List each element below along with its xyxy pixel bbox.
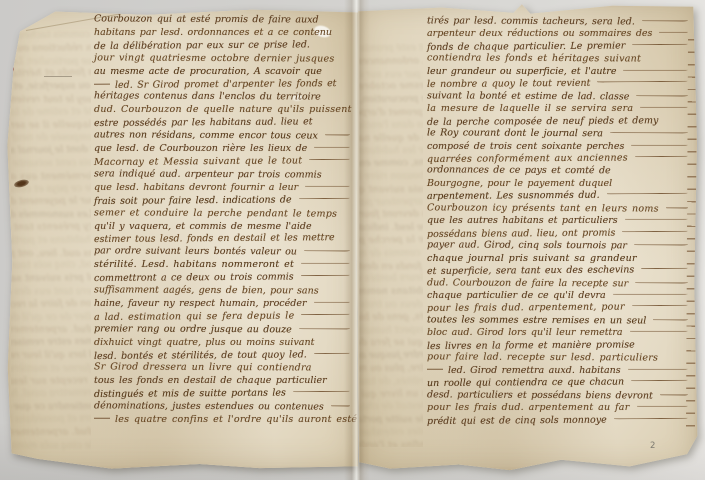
handwritten-text: bloc aud. Girod lors qu'il leur remettra (11, 348, 91, 363)
ink-blot (13, 178, 29, 188)
line-filler-dash (635, 156, 688, 157)
handwritten-text: la mesure de laquelle il se servira sera (427, 103, 633, 115)
handwritten-text: de la délibération par eux sur ce prise … (94, 39, 310, 54)
handwritten-text: pour les frais dud. arpentement au far (427, 402, 630, 414)
handwritten-text: pour faire lad. recepte sur lesd. partic… (427, 352, 658, 366)
handwritten-line: arpenteur deux réductions ou sommaires d… (11, 41, 91, 57)
handwritten-line: la mesure de laquelle il se servira sera (11, 118, 91, 134)
red-ink-dot (10, 66, 14, 72)
handwritten-line: dixhuict vingt quatre, plus ou moins sui… (94, 337, 351, 350)
handwritten-line: la mesure de laquelle il se servira sera (427, 103, 689, 115)
handwritten-line: Courbouzon icy présents tant en leurs no… (11, 220, 91, 238)
handwritten-line: que lesd. habitans devront fournir a leu… (94, 182, 351, 195)
handwritten-line: le Roy courant dont le journal sera (11, 143, 91, 161)
handwritten-text: un roolle qui contiendra ce que chacun (11, 401, 91, 414)
line-filler-dash (293, 391, 350, 392)
line-filler-dash (631, 380, 688, 381)
handwritten-text: de la perche composée de neuf pieds et d… (427, 115, 658, 129)
handwritten-line: prédit qui est de cinq sols monnoye (427, 413, 689, 428)
handwritten-line: led. Girod remettra auxd. habitans (11, 387, 91, 403)
line-filler-dash (666, 207, 688, 208)
handwritten-text: dénominations, justes estendues ou conte… (94, 401, 324, 415)
line-filler-dash (301, 275, 350, 276)
handwritten-text: leur grandeur ou superficie, et l'autre (427, 66, 616, 78)
handwritten-text: Macornay et Messia suivant que le tout (94, 155, 302, 170)
handwritten-line: toutes les sommes estre remises en un se… (427, 314, 689, 328)
handwritten-line: prédit qui est de cinq sols monnoye (11, 439, 91, 452)
handwritten-text: semer et conduire la perche pendant le t… (94, 207, 337, 221)
line-filler-dash (660, 394, 688, 395)
handwritten-text: led. Girod remettra auxd. habitans (448, 365, 621, 377)
handwritten-line: Courbouzon qui at esté promis de faire a… (94, 13, 351, 27)
handwritten-text: tirés par lesd. commis tacheurs, sera le… (427, 15, 635, 29)
line-filler-dash (607, 193, 688, 195)
handwritten-line: premier rang ou ordre jusque au douze (94, 323, 351, 337)
handwritten-line: desd. particuliers et possédans biens de… (427, 389, 689, 403)
handwritten-text: dud. Courbouzon de quelle nature qu'ils … (94, 104, 352, 117)
handwritten-line: commettront a ce deux ou trois commis (94, 271, 351, 286)
handwritten-line: le Roy courant dont le journal sera (427, 127, 689, 141)
handwritten-text: desd. particuliers et possédans biens de… (11, 412, 91, 428)
handwritten-text: le nombre a quoy le tout revient (11, 94, 91, 107)
left-page-text: Courbouzon qui at esté promis de faire a… (94, 14, 351, 427)
handwritten-line: chaque particulier de ce qu'il devra (11, 310, 91, 326)
handwritten-line: chaque particulier de ce qu'il devra (427, 290, 689, 302)
handwritten-line: un roolle qui contiendra ce que chacun (11, 401, 91, 415)
handwritten-text: leur grandeur ou superficie, et l'autre (11, 80, 91, 95)
handwritten-text: pour faire lad. recepte sur lesd. partic… (11, 373, 91, 389)
line-filler-dash (630, 331, 688, 332)
handwritten-line: de la perche composée de neuf pieds et d… (427, 115, 689, 130)
handwritten-text: les livres en la forme et manière promis… (11, 362, 91, 375)
handwritten-line: jour vingt quatriesme octobre dernier ju… (94, 52, 351, 66)
handwritten-text: arpenteur deux réductions ou sommaires d… (11, 41, 91, 56)
handwritten-text: prédit qui est de cinq sols monnoye (11, 439, 91, 452)
handwritten-line: tirés par lesd. commis tacheurs, sera le… (427, 15, 689, 29)
handwritten-text: quarrées conformément aux anciennes (11, 170, 91, 183)
line-filler-dash (653, 319, 688, 320)
handwritten-line: led. Girod remettra auxd. habitans (427, 365, 689, 377)
handwritten-text: estimer tous lesd. fonds en destail et l… (94, 233, 335, 248)
handwritten-text: quarrées conformément aux anciennes (427, 152, 628, 166)
manuscript-right-page: Courbouzon qui at esté promis de faire a… (356, 3, 698, 471)
manuscript-scan: { "colors": { "ink": "#5c3d1f", "paper":… (0, 0, 705, 480)
paper-stain (292, 94, 302, 101)
handwritten-text: au mesme acte de procuration, A scavoir … (94, 66, 322, 79)
handwritten-line: haine, faveur ny respect humain, procéde… (94, 298, 351, 311)
handwritten-text: pour les frais dud. arpentement, pour (427, 302, 625, 316)
line-filler-dash (635, 282, 688, 283)
handwritten-text: possédans biens aud. lieu, ont promis (11, 247, 91, 260)
handwritten-text: payer aud. Girod, cinq sols tournois par (427, 239, 627, 252)
handwritten-line: Bourgogne, pour le payement duquel (11, 195, 91, 211)
line-filler-dash (614, 417, 688, 419)
handwritten-text: prédit qui est de cinq sols monnoye (427, 414, 607, 428)
bleedthrough-text-left: tirés par lesd. commis tacheurs, sera le… (11, 30, 91, 452)
handwritten-line: payer aud. Girod, cinq sols tournois par (11, 258, 91, 276)
handwritten-line: le nombre a quoy le tout revient (427, 77, 689, 92)
handwritten-line: dénominations, justes estendues ou conte… (94, 401, 351, 415)
handwritten-line: suivant la bonté et estime de lad. class… (427, 90, 689, 104)
handwritten-line: autres non résidans, comme encor tous ce… (94, 129, 351, 143)
handwritten-line: et superficie, sera tant eux des eschevi… (11, 286, 91, 300)
line-filler-dash (613, 294, 688, 295)
handwritten-text: tous les fonds en destail de chaque part… (94, 375, 327, 388)
handwritten-line: Sr Girod dressera un livre qui contiendr… (94, 362, 351, 376)
handwritten-text: chaque particulier de ce qu'il devra (427, 290, 606, 302)
handwritten-line: que lesd. de Courbouzon rière les lieux … (94, 143, 351, 156)
handwritten-text: payer aud. Girod, cinq sols tournois par (11, 258, 91, 274)
line-filler-dash (299, 197, 350, 198)
handwritten-text: et superficie, sera tant eux des eschevi… (11, 286, 91, 299)
handwritten-line: suffisamment aagés, gens de bien, pour s… (94, 284, 351, 298)
handwritten-text: un roolle qui contiendra ce que chacun (427, 377, 624, 391)
handwritten-line: de la délibération par eux sur ce prise … (94, 39, 351, 54)
handwritten-line: toutes les sommes estre remises en un se… (11, 335, 91, 353)
handwritten-text: dixhuict vingt quatre, plus ou moins sui… (94, 337, 314, 350)
handwritten-line: led. Sr Girod promet d'arpenter les fond… (94, 78, 351, 93)
handwritten-text: ordonnances de ce pays et comté de (427, 165, 611, 178)
handwritten-text: habitans par lesd. ordonnances et a ce c… (94, 27, 332, 40)
handwritten-line: le nombre a quoy le tout revient (11, 94, 91, 108)
handwritten-line: ordonnances de ce pays et comté de (11, 181, 91, 199)
handwritten-text: arpenteur deux réductions ou sommaires d… (427, 28, 652, 40)
handwritten-line: pour faire lad. recepte sur lesd. partic… (11, 373, 91, 391)
handwritten-text: dud. Courbouzon de faire la recepte sur (427, 277, 628, 291)
handwritten-line: habitans par lesd. ordonnances et a ce c… (94, 27, 351, 40)
center-fold-gutter (344, 0, 370, 480)
handwritten-text: héritages contenus dans l'enclos du terr… (94, 91, 321, 105)
handwritten-line: arpenteur deux réductions ou sommaires d… (427, 28, 689, 40)
line-filler-dash (597, 81, 688, 83)
handwritten-text: de la perche composée de neuf pieds et d… (11, 132, 91, 145)
handwritten-line: dud. Courbouzon de faire la recepte sur (427, 277, 689, 291)
manuscript-left-page: tirés par lesd. commis tacheurs, sera le… (6, 6, 358, 470)
edge-tick-marks (686, 39, 697, 431)
handwritten-text: le nombre a quoy le tout revient (427, 78, 591, 92)
handwritten-line: qu'il y vaquera, et commis de mesme l'ai… (94, 221, 351, 234)
handwritten-text: contiendra les fonds et héritages suivan… (11, 66, 91, 82)
handwritten-text: lesd. bontés et stérilités, de tout quoy… (94, 349, 307, 364)
handwritten-line: Bourgogne, pour le payement duquel (427, 178, 689, 190)
corner-crease (26, 13, 121, 31)
handwritten-text: Courbouzon qui at esté promis de faire a… (94, 13, 319, 27)
line-filler-dash (636, 95, 688, 96)
handwritten-line: contiendra les fonds et héritages suivan… (11, 66, 91, 84)
handwritten-line: possédans biens aud. lieu, ont promis (11, 247, 91, 261)
line-filler-dash (632, 44, 688, 45)
handwritten-text: chaque journal pris suivant sa grandeur (427, 253, 637, 265)
line-filler-dash (610, 132, 688, 133)
handwritten-line: frais soit pour faire lesd. indications … (94, 194, 351, 209)
handwritten-line: Macornay et Messia suivant que le tout (94, 155, 351, 170)
line-filler-dash (623, 70, 688, 71)
handwritten-line: leur grandeur ou superficie, et l'autre (11, 80, 91, 96)
handwritten-line: composé de trois cent soixante perches (427, 141, 689, 153)
handwritten-text: suffisamment aagés, gens de bien, pour s… (94, 284, 319, 298)
line-filler-dash (301, 314, 350, 315)
handwritten-text: chaque particulier de ce qu'il devra (11, 310, 91, 325)
handwritten-text: les quatre confins et l'ordre qu'ils aur… (115, 414, 357, 427)
handwritten-line: dud. Courbouzon de faire la recepte sur (11, 296, 91, 314)
handwritten-line: arpentement. Les susnommés dud. (427, 189, 689, 204)
pencil-mark (44, 76, 72, 77)
handwritten-text: que lesd. de Courbouzon rière les lieux … (94, 143, 307, 156)
handwritten-text: que lesd. habitans devront fournir a leu… (94, 182, 298, 195)
handwritten-text: arpentement. Les susnommés dud. (11, 209, 91, 222)
handwritten-text: estre possédés par les habitans aud. lie… (94, 117, 313, 132)
handwritten-text: fonds de chaque particulier. Le premier (427, 40, 625, 54)
handwritten-line: de la perche composée de neuf pieds et d… (11, 132, 91, 146)
line-filler-dash (301, 263, 350, 264)
handwritten-text: composé de trois cent soixante perches (11, 156, 91, 171)
handwritten-line: pour les frais dud. arpentement, pour (427, 301, 689, 316)
handwritten-line: au mesme acte de procuration, A scavoir … (94, 66, 351, 79)
line-filler-dash (642, 20, 688, 21)
handwritten-text: que les autres habitans et particuliers (11, 233, 91, 248)
handwritten-line: payer aud. Girod, cinq sols tournois par (427, 239, 689, 253)
handwritten-line: arpentement. Les susnommés dud. (11, 209, 91, 223)
handwritten-line: fonds de chaque particulier. Le premier (11, 55, 91, 69)
handwritten-text: chaque journal pris suivant sa grandeur (11, 272, 91, 287)
paper-hole (313, 24, 333, 40)
handwritten-text: les livres en la forme et manière promis… (427, 339, 635, 353)
handwritten-line: que les autres habitans et particuliers (11, 233, 91, 249)
handwritten-line: par ordre suivant leurs bontés valeur ou (94, 246, 351, 260)
handwritten-line: héritages contenus dans l'enclos du terr… (94, 91, 351, 105)
handwritten-text: pour les frais dud. arpentement au far (11, 425, 91, 440)
line-filler-dash (637, 406, 689, 407)
handwritten-text: tirés par lesd. commis tacheurs, sera le… (11, 30, 91, 44)
handwritten-text: frais soit pour faire lesd. indications … (94, 194, 292, 208)
handwritten-text: led. Sr Girod promet d'arpenter les fond… (115, 78, 337, 93)
right-page-text: tirés par lesd. commis tacheurs, sera le… (427, 16, 689, 427)
handwritten-line: quarrées conformément aux anciennes (11, 170, 91, 184)
handwritten-text: jour vingt quatriesme octobre dernier ju… (94, 52, 335, 66)
handwritten-text: dud. Courbouzon de faire la recepte sur (11, 296, 91, 312)
handwritten-text: ordonnances de ce pays et comté de (11, 181, 91, 197)
line-filler-dash (634, 244, 688, 245)
handwritten-line: quarrées conformément aux anciennes (427, 152, 689, 167)
handwritten-text: toutes les sommes estre remises en un se… (427, 314, 646, 328)
line-filler-dash (622, 230, 688, 232)
handwritten-text: distingués et mis de suitte portans les (94, 388, 286, 402)
right-page-shadow-wrap: Courbouzon qui at esté promis de faire a… (356, 3, 698, 471)
handwritten-line: composé de trois cent soixante perches (11, 156, 91, 172)
handwritten-line: dud. Courbouzon de quelle nature qu'ils … (94, 104, 351, 117)
handwritten-text: fonds de chaque particulier. Le premier (11, 55, 91, 68)
handwritten-line: les livres en la forme et manière promis… (11, 362, 91, 376)
handwritten-text: Courbouzon icy présents tant en leurs no… (427, 202, 659, 216)
line-filler-dash (625, 219, 688, 220)
handwritten-line: ordonnances de ce pays et comté de (427, 165, 689, 179)
handwritten-line: tous les fonds en destail de chaque part… (94, 375, 351, 388)
line-filler-dash (641, 268, 688, 269)
handwritten-line: semer et conduire la perche pendant le t… (94, 207, 351, 221)
handwritten-text: a lad. estimation qui se fera depuis le (94, 310, 295, 324)
handwritten-text: suivant la bonté et estime de lad. class… (11, 104, 91, 120)
handwritten-line: fonds de chaque particulier. Le premier (427, 40, 689, 55)
handwritten-line: et superficie, sera tant eux des eschevi… (427, 264, 689, 279)
handwritten-text: composé de trois cent soixante perches (427, 141, 624, 153)
handwritten-line: stérilité. Lesd. habitans nommeront et (94, 259, 351, 272)
line-lead-dash (94, 418, 110, 419)
handwritten-line: chaque journal pris suivant sa grandeur (427, 253, 689, 265)
handwritten-line: possédans biens aud. lieu, ont promis (427, 227, 689, 242)
handwritten-text: suivant la bonté et estime de lad. class… (427, 90, 629, 104)
handwritten-text: Sr Girod dressera un livre qui contiendr… (94, 362, 312, 376)
handwritten-line: distingués et mis de suitte portans les (94, 387, 351, 402)
handwritten-text: premier rang ou ordre jusque au douze (94, 323, 292, 337)
handwritten-text: arpentement. Les susnommés dud. (427, 190, 600, 204)
handwritten-line: pour faire lad. recepte sur lesd. partic… (427, 352, 689, 366)
handwritten-text: desd. particuliers et possédans biens de… (427, 389, 653, 403)
handwritten-line: estimer tous lesd. fonds en destail et l… (94, 232, 351, 247)
handwritten-line: pour les frais dud. arpentement au far (427, 402, 689, 414)
handwritten-text: par ordre suivant leurs bontés valeur ou (94, 246, 297, 260)
handwritten-line: desd. particuliers et possédans biens de… (11, 412, 91, 430)
handwritten-line: bloc aud. Girod lors qu'il leur remettra (11, 348, 91, 364)
handwritten-line: lesd. bontés et stérilités, de tout quoy… (94, 349, 351, 364)
handwritten-line: suivant la bonté et estime de lad. class… (11, 104, 91, 122)
handwritten-line: pour les frais dud. arpentement, pour (11, 324, 91, 338)
handwritten-text: le Roy courant dont le journal sera (427, 127, 603, 140)
handwritten-text: Bourgogne, pour le payement duquel (427, 178, 612, 190)
line-lead-dash (94, 83, 110, 84)
handwritten-line: que les autres habitans et particuliers (427, 215, 689, 227)
handwritten-text: la mesure de laquelle il se servira sera (11, 118, 91, 133)
line-filler-dash (631, 144, 688, 145)
handwritten-line: un roolle qui contiendra ce que chacun (427, 376, 689, 391)
handwritten-line: estre possédés par les habitans aud. lie… (94, 116, 351, 131)
handwritten-text: qu'il y vaquera, et commis de mesme l'ai… (94, 221, 312, 234)
line-lead-dash (427, 368, 443, 369)
left-page-shadow-wrap: tirés par lesd. commis tacheurs, sera le… (6, 6, 358, 470)
handwritten-text: pour les frais dud. arpentement, pour (11, 324, 91, 337)
handwritten-line: pour les frais dud. arpentement au far (11, 425, 91, 441)
handwritten-text: toutes les sommes estre remises en un se… (11, 335, 91, 351)
handwritten-line: chaque journal pris suivant sa grandeur (11, 272, 91, 288)
line-filler-dash (632, 305, 688, 306)
handwritten-text: haine, faveur ny respect humain, procéde… (94, 298, 307, 311)
handwritten-line: leur grandeur ou superficie, et l'autre (427, 66, 689, 78)
line-filler-dash (640, 107, 688, 108)
line-filler-dash (299, 328, 350, 329)
line-filler-dash (628, 368, 688, 369)
handwritten-text: led. Girod remettra auxd. habitans (11, 387, 91, 402)
line-filler-dash (659, 32, 688, 33)
handwritten-line: Courbouzon icy présents tant en leurs no… (427, 202, 689, 216)
handwritten-text: commettront a ce deux ou trois commis (94, 272, 294, 286)
handwritten-line: les livres en la forme et manière promis… (427, 339, 689, 354)
handwritten-text: contiendra les fonds et héritages suivan… (427, 53, 641, 67)
handwritten-line: bloc aud. Girod lors qu'il leur remettra (427, 327, 689, 339)
handwritten-text: le Roy courant dont le journal sera (11, 143, 91, 158)
folio-mark: 2 (650, 441, 655, 451)
handwritten-line: tirés par lesd. commis tacheurs, sera le… (11, 30, 91, 45)
handwritten-line: a lad. estimation qui se fera depuis le (94, 310, 351, 325)
handwritten-text: stérilité. Lesd. habitans nommeront et (94, 259, 294, 272)
handwritten-text: Courbouzon icy présents tant en leurs no… (11, 220, 91, 236)
handwritten-text: possédans biens aud. lieu, ont promis (427, 227, 615, 241)
handwritten-text: que les autres habitans et particuliers (427, 215, 618, 227)
handwritten-text: bloc aud. Girod lors qu'il leur remettra (427, 327, 623, 339)
handwritten-text: autres non résidans, comme encor tous ce… (94, 129, 318, 143)
handwritten-text: et superficie, sera tant eux des eschevi… (427, 264, 634, 278)
handwritten-line: contiendra les fonds et héritages suivan… (427, 53, 689, 67)
handwritten-text: sera indiqué aud. arpenteur par trois co… (94, 168, 322, 182)
handwritten-text: Bourgogne, pour le payement duquel (11, 195, 91, 210)
handwritten-line: les quatre confins et l'ordre qu'ils aur… (94, 414, 351, 427)
handwritten-line: sera indiqué aud. arpenteur par trois co… (94, 168, 351, 182)
